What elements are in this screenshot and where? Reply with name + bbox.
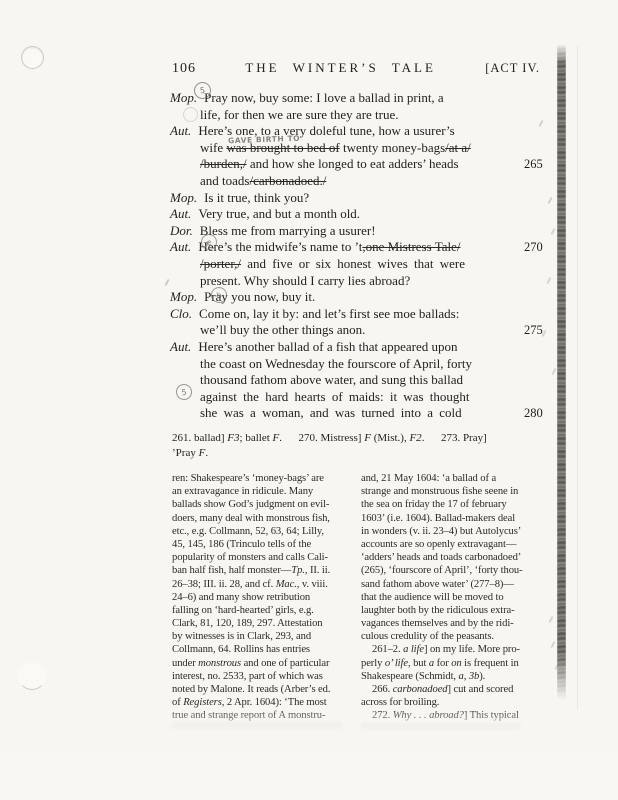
commentary-line: 261–2. a life] on my life. More pro-	[361, 643, 545, 656]
text-segment: thousand fathom above water, and sung th…	[200, 372, 463, 387]
commentary-line: 26–38; III. ii. 28, and cf. Mac., v. vii…	[172, 578, 356, 591]
page-edge-line	[577, 46, 578, 710]
punch-hole-bottom	[18, 662, 46, 690]
line-number: 280	[524, 405, 564, 422]
commentary-line: culous credulity of the peasants.	[361, 630, 545, 643]
commentary-line: true and strange report of A monstru-	[172, 709, 356, 722]
commentary-line: perly o’ life, but a for on is frequent …	[361, 657, 545, 670]
handwritten-correction: GAVE BIRTH TO	[228, 131, 301, 150]
commentary-line: etc., e.g. Collmann, 52, 63, 64; Lilly,	[172, 525, 356, 538]
commentary-left-column: ren: Shakespeare’s ‘money-bags’ arean ex…	[172, 472, 356, 723]
pencil-tick	[546, 277, 551, 284]
play-line: Clo.Come on, lay it by: and let’s first …	[170, 306, 522, 323]
pencil-tick	[550, 641, 555, 648]
text-segment: Come on, lay it by: and let’s first see …	[199, 306, 459, 321]
play-line: and toads/carbonadoed./	[170, 173, 522, 190]
speaker-abbreviation: Aut.	[170, 123, 191, 138]
play-line: /burden,/ and how she longed to eat adde…	[170, 156, 522, 173]
commentary-line: Collmann, 64. Rollins has entries	[172, 643, 356, 656]
text-segment: Here’s the midwife’s name to ’t	[198, 239, 362, 254]
play-line: we’ll buy the other things anon.275	[170, 322, 522, 339]
commentary-line: in wonders (v. ii. 23–4) but Autolycus’	[361, 525, 545, 538]
struck-text: /at a/	[445, 140, 471, 155]
text-segment: Here’s another ballad of a fish that app…	[198, 339, 457, 354]
text-segment: and how she longed to eat adders’ heads	[247, 156, 459, 171]
play-line: life, for then we are sure they are true…	[170, 107, 522, 124]
play-line: wife was brought to bed ofGAVE BIRTH TO …	[170, 140, 522, 157]
speaker-abbreviation: Aut.	[170, 339, 191, 354]
page-number: 106	[172, 61, 196, 77]
line-number: 270	[524, 239, 564, 256]
pencil-tick	[164, 279, 169, 286]
commentary-line: by witnesses is in Clark, 293, and	[172, 630, 356, 643]
commentary-line: laughter both by the ridiculous extra-	[361, 604, 545, 617]
play-line: /porter,/ and five or six honest wives t…	[170, 256, 522, 273]
punch-hole-top	[21, 46, 44, 69]
play-line: Aut.Here’s one, to a very doleful tune, …	[170, 123, 522, 140]
text-segment: Bless me from marrying a usurer!	[200, 223, 376, 238]
collation-line: 261. ballad] F3; ballet F. 270. Mistress…	[172, 431, 544, 446]
text-segment: life, for then we are sure they are true…	[200, 107, 399, 122]
pencil-tick	[538, 120, 543, 127]
speaker-abbreviation: Aut.	[170, 239, 191, 254]
faded-text-line	[361, 723, 521, 731]
commentary-line: of Registers, 2 Apr. 1604): ‘The most	[172, 696, 356, 709]
text-segment: Is it true, think you?	[204, 190, 309, 205]
commentary-line: doers, many deal with monstrous fish,	[172, 512, 356, 525]
speaker-abbreviation: Mop.	[170, 289, 197, 304]
running-title: THE WINTER’S TALE	[196, 60, 485, 76]
text-segment: she was a woman, and was turned into a c…	[200, 405, 462, 420]
commentary-line: (265), ‘fourscore of April’, ‘forty thou…	[361, 564, 545, 577]
commentary-line: under monstrous and one of particular	[172, 657, 356, 670]
collation-notes: 261. ballad] F3; ballet F. 270. Mistress…	[172, 431, 544, 461]
struck-text: ,one Mistress Tale/	[362, 239, 460, 254]
speaker-abbreviation: Aut.	[170, 206, 191, 221]
page-edge-shadow	[557, 44, 566, 700]
commentary-line: ban half fish, half monster—Tp., II. ii.	[172, 564, 356, 577]
running-head: 106 THE WINTER’S TALE [ACT IV.	[172, 60, 540, 77]
commentary-line: 24–6) and many show retribution	[172, 591, 356, 604]
struck-text: /burden,/	[200, 156, 247, 171]
pencil-tick	[550, 228, 555, 235]
commentary-line: vagances themselves and by the ridi-	[361, 617, 545, 630]
commentary-line: accounts are so openly extravagant—	[361, 538, 545, 551]
faded-text-line	[172, 722, 342, 730]
commentary-line: ballads show God’s judgment on evil-	[172, 498, 356, 511]
commentary-line: and, 21 May 1604: ‘a ballad of a	[361, 472, 545, 485]
pencil-tick	[551, 368, 556, 375]
text-segment: we’ll buy the other things anon.	[200, 322, 365, 337]
text-segment: twenty money-bags	[340, 140, 445, 155]
play-line: Aut.Here’s another ballad of a fish that…	[170, 339, 522, 356]
commentary-line: 45, 145, 186 (Trinculo tells of the	[172, 538, 356, 551]
commentary-line: ren: Shakespeare’s ‘money-bags’ are	[172, 472, 356, 485]
commentary-line: noted by Malone. It reads (Arber’s ed.	[172, 683, 356, 696]
text-segment: wife	[200, 140, 226, 155]
commentary-right-column: and, 21 May 1604: ‘a ballad of astrange …	[361, 472, 545, 723]
play-line: thousand fathom above water, and sung th…	[170, 372, 522, 389]
play-line: Mop.Is it true, think you?	[170, 190, 522, 207]
collation-line: ’Pray F.	[172, 446, 544, 461]
commentary-line: Shakespeare (Schmidt, a, 3b).	[361, 670, 545, 683]
text-segment: and five or six honest wives that were	[241, 256, 465, 271]
text-segment: present. Why should I carry lies abroad?	[200, 273, 410, 288]
play-line: the coast on Wednesday the fourscore of …	[170, 356, 522, 373]
play-line: against the hard hearts of maids: it was…	[170, 389, 522, 406]
speaker-abbreviation: Mop.	[170, 190, 197, 205]
text-segment: and toads	[200, 173, 249, 188]
commentary-line: 266. carbonadoed] cut and scored	[361, 683, 545, 696]
play-text-block: Mop.Pray now, buy some: I love a ballad …	[170, 90, 522, 422]
commentary-line: 272. Why . . . abroad?] This typical	[361, 709, 545, 722]
scanned-page: 106 THE WINTER’S TALE [ACT IV. Mop.Pray …	[0, 0, 618, 800]
play-line: Dor.Bless me from marrying a usurer!	[170, 223, 522, 240]
play-line: she was a woman, and was turned into a c…	[170, 405, 522, 422]
text-segment: against the hard hearts of maids: it was…	[200, 389, 470, 404]
commentary-line: strange and monstruous fishe seene in	[361, 485, 545, 498]
line-number: 265	[524, 156, 564, 173]
act-marker: [ACT IV.	[485, 61, 540, 76]
pencil-tick	[548, 616, 553, 623]
commentary-line: popularity of monsters and calls Cali-	[172, 551, 356, 564]
commentary-line: 1603’ (i.e. 1604). Ballad-makers deal	[361, 512, 545, 525]
play-line: present. Why should I carry lies abroad?	[170, 273, 522, 290]
commentary-line: sand fathom above water’ (277–8)—	[361, 578, 545, 591]
struck-text: was brought to bed ofGAVE BIRTH TO	[226, 140, 339, 155]
commentary-line: ‘adders’ heads and toads carbonadoed’	[361, 551, 545, 564]
play-line: Aut.Here’s the midwife’s name to ’t,one …	[170, 239, 522, 256]
commentary-line: falling on ‘hard-hearted’ girls, e.g.	[172, 604, 356, 617]
play-line: Mop.Pray now, buy some: I love a ballad …	[170, 90, 522, 107]
pencil-tick	[547, 197, 552, 204]
speaker-abbreviation: Clo.	[170, 306, 192, 321]
speaker-abbreviation: Dor.	[170, 223, 193, 238]
commentary-line: the sea on friday the 17 of february	[361, 498, 545, 511]
text-segment: the coast on Wednesday the fourscore of …	[200, 356, 472, 371]
commentary-line: that the audience will be moved to	[361, 591, 545, 604]
commentary-line: interest, no. 2533, part of which was	[172, 670, 356, 683]
speaker-abbreviation: Mop.	[170, 90, 197, 105]
struck-text: /porter,/	[200, 256, 241, 271]
struck-text: /carbonadoed./	[249, 173, 326, 188]
text-segment: Very true, and but a month old.	[198, 206, 360, 221]
play-line: Aut.Very true, and but a month old.	[170, 206, 522, 223]
commentary-line: Clark, 81, 120, 189, 297. Attestation	[172, 617, 356, 630]
commentary-line: across for broiling.	[361, 696, 545, 709]
commentary-line: an extravagance in ridicule. Many	[172, 485, 356, 498]
text-segment: Pray now, buy some: I love a ballad in p…	[204, 90, 444, 105]
